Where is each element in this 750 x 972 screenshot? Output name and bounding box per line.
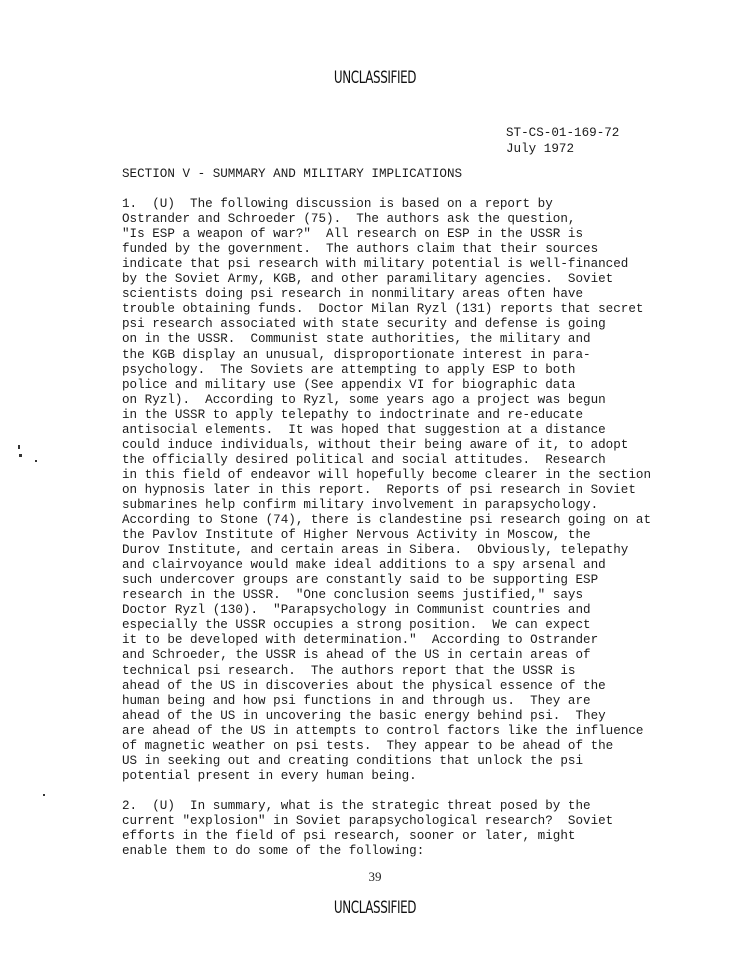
text-line: antisocial elements. It was hoped that s… (122, 423, 652, 438)
text-line: funded by the government. The authors cl… (122, 242, 652, 257)
document-body: SECTION V - SUMMARY AND MILITARY IMPLICA… (122, 167, 652, 874)
document-id: ST-CS-01-169-72 (506, 125, 619, 141)
text-line: especially the USSR occupies a strong po… (122, 618, 652, 633)
paragraph-1: 1. (U) The following discussion is based… (122, 197, 652, 784)
text-line: could induce individuals, without their … (122, 438, 652, 453)
text-line: in this field of endeavor will hopefully… (122, 468, 652, 483)
document-reference: ST-CS-01-169-72 July 1972 (506, 125, 619, 157)
text-line: on in the USSR. Communist state authorit… (122, 332, 652, 347)
text-line: indicate that psi research with military… (122, 257, 652, 272)
scan-artifact (43, 794, 45, 796)
classification-marking-bottom: UNCLASSIFIED (83, 898, 668, 918)
text-line: According to Stone (74), there is clande… (122, 513, 652, 528)
text-line: such undercover groups are constantly sa… (122, 573, 652, 588)
text-line: human being and how psi functions in and… (122, 694, 652, 709)
text-line: in the USSR to apply telepathy to indoct… (122, 408, 652, 423)
paragraphs: 1. (U) The following discussion is based… (122, 197, 652, 859)
text-line: Doctor Ryzl (130). "Parapsychology in Co… (122, 603, 652, 618)
classification-marking-top: UNCLASSIFIED (83, 68, 668, 88)
text-line: potential present in every human being. (122, 769, 652, 784)
text-line: "Is ESP a weapon of war?" All research o… (122, 227, 652, 242)
text-line: technical psi research. The authors repo… (122, 664, 652, 679)
page-number: 39 (0, 869, 750, 885)
text-line: and clairvoyance would make ideal additi… (122, 558, 652, 573)
scan-artifact (19, 454, 22, 457)
text-line: trouble obtaining funds. Doctor Milan Ry… (122, 302, 652, 317)
text-line: enable them to do some of the following: (122, 844, 652, 859)
text-line: the KGB display an unusual, disproportio… (122, 348, 652, 363)
scan-artifact (18, 445, 20, 449)
text-line: ahead of the US in discoveries about the… (122, 679, 652, 694)
text-line: US in seeking out and creating condition… (122, 754, 652, 769)
text-line: Ostrander and Schroeder (75). The author… (122, 212, 652, 227)
text-line: it to be developed with determination." … (122, 633, 652, 648)
document-date: July 1972 (506, 141, 619, 157)
text-line: scientists doing psi research in nonmili… (122, 287, 652, 302)
text-line: on hypnosis later in this report. Report… (122, 483, 652, 498)
scan-artifact (35, 460, 37, 462)
text-line: psi research associated with state secur… (122, 317, 652, 332)
text-line: psychology. The Soviets are attempting t… (122, 363, 652, 378)
text-line: by the Soviet Army, KGB, and other param… (122, 272, 652, 287)
text-line: the officially desired political and soc… (122, 453, 652, 468)
text-line: Durov Institute, and certain areas in Si… (122, 543, 652, 558)
text-line: and Schroeder, the USSR is ahead of the … (122, 648, 652, 663)
section-heading: SECTION V - SUMMARY AND MILITARY IMPLICA… (122, 167, 652, 182)
text-line: research in the USSR. "One conclusion se… (122, 588, 652, 603)
text-line: 2. (U) In summary, what is the strategic… (122, 799, 652, 814)
text-line: of magnetic weather on psi tests. They a… (122, 739, 652, 754)
text-line: submarines help confirm military involve… (122, 498, 652, 513)
text-line: are ahead of the US in attempts to contr… (122, 724, 652, 739)
text-line: 1. (U) The following discussion is based… (122, 197, 652, 212)
text-line: current "explosion" in Soviet parapsycho… (122, 814, 652, 829)
text-line: police and military use (See appendix VI… (122, 378, 652, 393)
text-line: the Pavlov Institute of Higher Nervous A… (122, 528, 652, 543)
text-line: ahead of the US in uncovering the basic … (122, 709, 652, 724)
text-line: on Ryzl). According to Ryzl, some years … (122, 393, 652, 408)
paragraph-2: 2. (U) In summary, what is the strategic… (122, 799, 652, 859)
text-line: efforts in the field of psi research, so… (122, 829, 652, 844)
